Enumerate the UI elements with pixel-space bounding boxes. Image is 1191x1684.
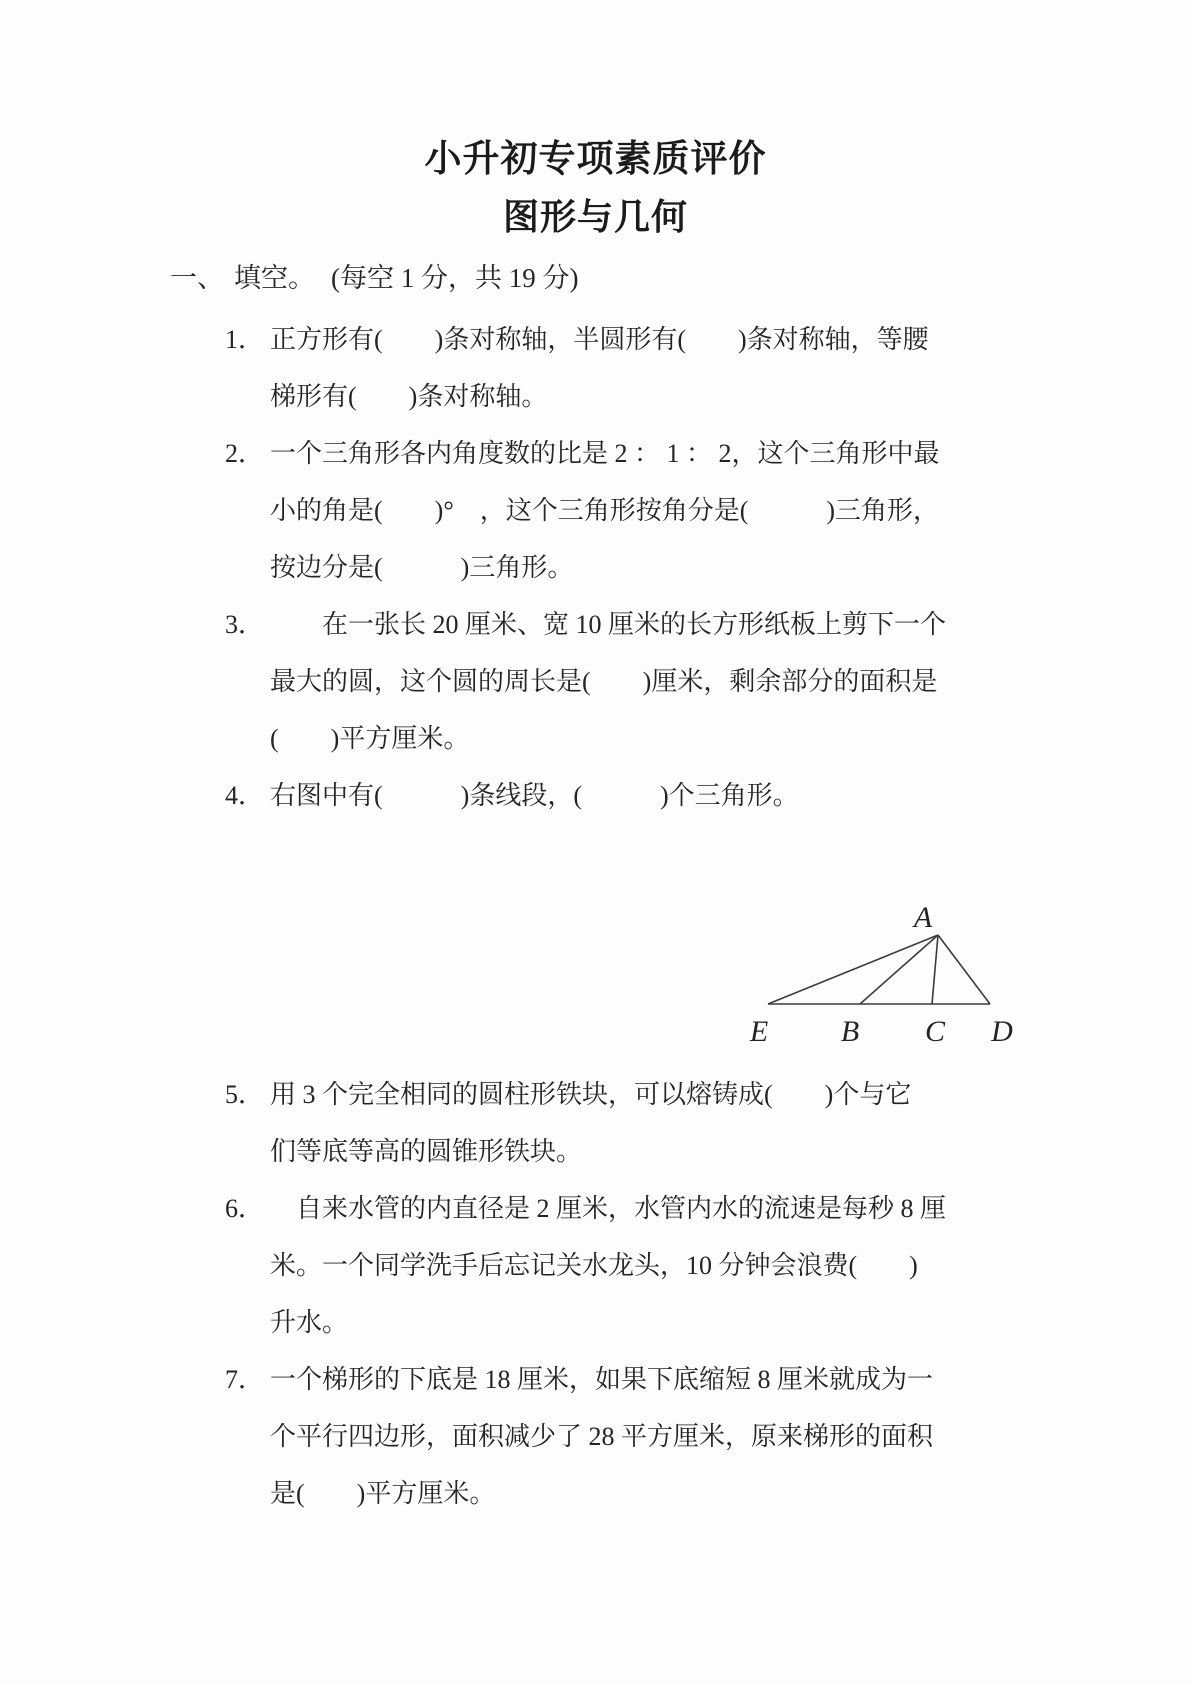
vertex-label-e: E [749, 1015, 768, 1048]
figure-row: A E B C D [225, 894, 1020, 1054]
question-line: 2．一个三角形各内角度数的比是 2 ： 1 ： 2，这个三角形中最 [225, 425, 965, 482]
vertex-label-a: A [912, 901, 933, 934]
document-page: 小升初专项素质评价 图形与几何 一、填空。(每空 1 分，共 19 分) 1．正… [0, 0, 1191, 1684]
question-text: 自来水管的内直径是 2 厘米，水管内水的流速是每秒 8 厘 [270, 1194, 946, 1223]
question-number: 7． [225, 1351, 270, 1408]
question-text: 右图中有( )条线段，( )个三角形。 [270, 781, 799, 810]
question-1: 1．正方形有( )条对称轴，半圆形有( )条对称轴，等腰 梯形有( )条对称轴。 [225, 311, 965, 425]
question-line: 5．用 3 个完全相同的圆柱形铁块，可以熔铸成( )个与它 [225, 1066, 965, 1123]
question-text: 一个梯形的下底是 18 厘米，如果下底缩短 8 厘米就成为一 [270, 1365, 933, 1394]
question-3: 3． 在一张长 20 厘米、宽 10 厘米的长方形纸板上剪下一个 最大的圆，这个… [225, 596, 965, 767]
question-line: 个平行四边形，面积减少了 28 平方厘米，原来梯形的面积 [225, 1408, 965, 1465]
vertex-label-c: C [925, 1015, 946, 1048]
question-line: 是( )平方厘米。 [225, 1465, 965, 1522]
question-line: 1．正方形有( )条对称轴，半圆形有( )条对称轴，等腰 [225, 311, 965, 368]
question-number: 6． [225, 1180, 270, 1237]
segment-AE [768, 935, 938, 1004]
question-line: 最大的圆，这个圆的周长是( )厘米，剩余部分的面积是 [225, 653, 965, 710]
question-line: 3． 在一张长 20 厘米、宽 10 厘米的长方形纸板上剪下一个 [225, 596, 965, 653]
section-label: 填空。 [234, 263, 315, 293]
question-line: 6． 自来水管的内直径是 2 厘米，水管内水的流速是每秒 8 厘 [225, 1180, 965, 1237]
segment-AB [860, 935, 938, 1004]
vertex-label-b: B [841, 1015, 859, 1048]
question-line: 升水。 [225, 1294, 965, 1351]
section-number: 一、 [170, 263, 224, 293]
question-7: 7．一个梯形的下底是 18 厘米，如果下底缩短 8 厘米就成为一 个平行四边形，… [225, 1351, 965, 1522]
question-number: 5． [225, 1066, 270, 1123]
question-2: 2．一个三角形各内角度数的比是 2 ： 1 ： 2，这个三角形中最 小的角是( … [225, 425, 965, 596]
question-number: 2． [225, 425, 270, 482]
question-number: 4． [225, 767, 270, 824]
question-text: 正方形有( )条对称轴，半圆形有( )条对称轴，等腰 [270, 325, 929, 354]
question-line: 小的角是( )° ，这个三角形按角分是( )三角形， [225, 482, 965, 539]
segment-AC [932, 935, 938, 1004]
page-subtitle: 图形与几何 [0, 196, 1191, 238]
question-number: 1． [225, 311, 270, 368]
question-line: 按边分是( )三角形。 [225, 539, 965, 596]
question-4: 4．右图中有( )条线段，( )个三角形。 [225, 767, 965, 824]
question-text: 在一张长 20 厘米、宽 10 厘米的长方形纸板上剪下一个 [270, 610, 946, 639]
page-title: 小升初专项素质评价 [0, 138, 1191, 180]
question-line: 们等底等高的圆锥形铁块。 [225, 1123, 965, 1180]
question-text: 一个三角形各内角度数的比是 2 ： 1 ： 2，这个三角形中最 [270, 439, 940, 468]
question-list: 1．正方形有( )条对称轴，半圆形有( )条对称轴，等腰 梯形有( )条对称轴。… [225, 311, 965, 1522]
question-line: 4．右图中有( )条线段，( )个三角形。 [225, 767, 965, 824]
question-line: 米。一个同学洗手后忘记关水龙头，10 分钟会浪费( ) [225, 1237, 965, 1294]
question-5: 5．用 3 个完全相同的圆柱形铁块，可以熔铸成( )个与它 们等底等高的圆锥形铁… [225, 1066, 965, 1180]
question-6: 6． 自来水管的内直径是 2 厘米，水管内水的流速是每秒 8 厘 米。一个同学洗… [225, 1180, 965, 1351]
question-line: 7．一个梯形的下底是 18 厘米，如果下底缩短 8 厘米就成为一 [225, 1351, 965, 1408]
triangle-figure: A E B C D [730, 894, 1020, 1054]
vertex-label-d: D [990, 1015, 1013, 1048]
question-number: 3． [225, 596, 270, 653]
section-heading: 一、填空。(每空 1 分，共 19 分) [170, 258, 1191, 298]
segment-AD [938, 935, 990, 1004]
question-text: 用 3 个完全相同的圆柱形铁块，可以熔铸成( )个与它 [270, 1080, 911, 1109]
section-points: (每空 1 分，共 19 分) [331, 263, 578, 293]
question-line: ( )平方厘米。 [225, 710, 965, 767]
question-line: 梯形有( )条对称轴。 [225, 368, 965, 425]
